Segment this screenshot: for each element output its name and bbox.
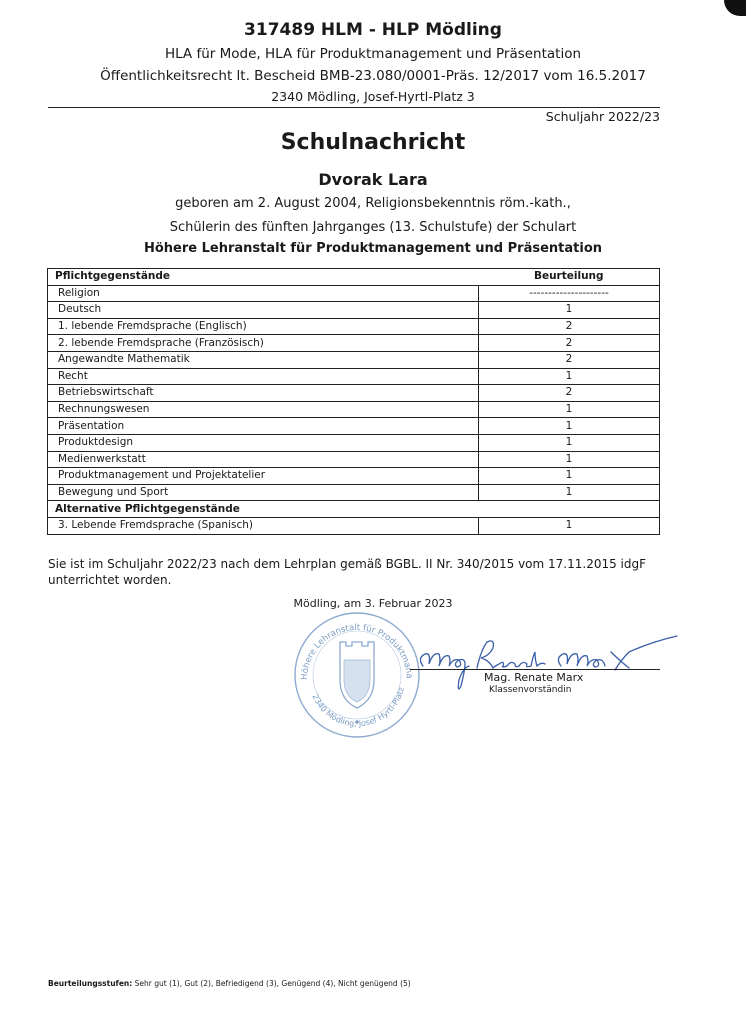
grade-cell: 1 bbox=[479, 484, 660, 501]
school-type: Höhere Lehranstalt für Produktmanagement… bbox=[0, 241, 746, 256]
grading-scale-legend: Beurteilungsstufen: Sehr gut (1), Gut (2… bbox=[48, 979, 411, 988]
subject-cell: Rechnungswesen bbox=[48, 401, 479, 418]
subject-cell: Angewandte Mathematik bbox=[48, 351, 479, 368]
table-row: 2. lebende Fremdsprache (Französisch)2 bbox=[48, 335, 660, 352]
grade-cell: 1 bbox=[479, 418, 660, 435]
student-name: Dvorak Lara bbox=[0, 170, 746, 189]
table-row: Religion--------------------- bbox=[48, 285, 660, 302]
grade-cell: 1 bbox=[479, 401, 660, 418]
subject-cell: Medienwerkstatt bbox=[48, 451, 479, 468]
table-row: Deutsch1 bbox=[48, 302, 660, 319]
subject-cell: Präsentation bbox=[48, 418, 479, 435]
grade-cell: 1 bbox=[479, 451, 660, 468]
table-row: Medienwerkstatt1 bbox=[48, 451, 660, 468]
subject-cell: Religion bbox=[48, 285, 479, 302]
subject-cell: Recht bbox=[48, 368, 479, 385]
subject-cell: Betriebswirtschaft bbox=[48, 385, 479, 402]
table-row: Bewegung und Sport1 bbox=[48, 484, 660, 501]
signer-role: Klassenvorständin bbox=[489, 685, 571, 695]
signature-line bbox=[410, 669, 660, 670]
subject-cell: Deutsch bbox=[48, 302, 479, 319]
class-line: Schülerin des fünften Jahrganges (13. Sc… bbox=[0, 220, 746, 235]
alternative-section-header: Alternative Pflichtgegenstände bbox=[48, 501, 660, 518]
legend-text: Sehr gut (1), Gut (2), Befriedigend (3),… bbox=[132, 979, 410, 988]
signer-name: Mag. Renate Marx bbox=[484, 671, 583, 684]
grade-column-header: Beurteilung bbox=[479, 269, 660, 286]
grades-table: Pflichtgegenstände Beurteilung Religion-… bbox=[47, 268, 660, 535]
grades-body: Religion---------------------Deutsch11. … bbox=[48, 285, 660, 534]
subject-column-header: Pflichtgegenstände bbox=[48, 269, 479, 286]
subject-cell: 1. lebende Fremdsprache (Englisch) bbox=[48, 318, 479, 335]
table-row: Rechnungswesen1 bbox=[48, 401, 660, 418]
place-and-date: Mödling, am 3. Februar 2023 bbox=[0, 597, 746, 610]
school-types: HLA für Mode, HLA für Produktmanagement … bbox=[0, 46, 746, 62]
section-row-alternative: Alternative Pflichtgegenstände bbox=[48, 501, 660, 518]
table-row: Präsentation1 bbox=[48, 418, 660, 435]
subject-cell: Produktdesign bbox=[48, 434, 479, 451]
table-row: Betriebswirtschaft2 bbox=[48, 385, 660, 402]
subject-cell: Bewegung und Sport bbox=[48, 484, 479, 501]
table-row: Angewandte Mathematik2 bbox=[48, 351, 660, 368]
grade-cell: --------------------- bbox=[479, 285, 660, 302]
subject-cell: Produktmanagement und Projektatelier bbox=[48, 468, 479, 485]
subject-cell: 3. Lebende Fremdsprache (Spanisch) bbox=[48, 517, 479, 534]
grade-cell: 2 bbox=[479, 351, 660, 368]
public-status: Öffentlichkeitsrecht lt. Bescheid BMB-23… bbox=[0, 68, 746, 84]
header-divider bbox=[48, 107, 660, 108]
subject-cell: 2. lebende Fremdsprache (Französisch) bbox=[48, 335, 479, 352]
grade-cell: 2 bbox=[479, 318, 660, 335]
curriculum-statement: Sie ist im Schuljahr 2022/23 nach dem Le… bbox=[48, 556, 668, 588]
table-row: Recht1 bbox=[48, 368, 660, 385]
document-title: Schulnachricht bbox=[0, 130, 746, 155]
grade-cell: 2 bbox=[479, 335, 660, 352]
grade-cell: 1 bbox=[479, 368, 660, 385]
grade-cell: 1 bbox=[479, 468, 660, 485]
table-row: Produktdesign1 bbox=[48, 434, 660, 451]
grade-cell: 1 bbox=[479, 517, 660, 534]
legend-label: Beurteilungsstufen: bbox=[48, 979, 132, 988]
scan-corner-artifact bbox=[724, 0, 746, 16]
grade-cell: 1 bbox=[479, 302, 660, 319]
school-address: 2340 Mödling, Josef-Hyrtl-Platz 3 bbox=[0, 89, 746, 104]
table-header-row: Pflichtgegenstände Beurteilung bbox=[48, 269, 660, 286]
table-row: Produktmanagement und Projektatelier1 bbox=[48, 468, 660, 485]
table-row: 1. lebende Fremdsprache (Englisch)2 bbox=[48, 318, 660, 335]
school-year: Schuljahr 2022/23 bbox=[546, 109, 660, 124]
school-name: 317489 HLM - HLP Mödling bbox=[0, 20, 746, 40]
table-row: 3. Lebende Fremdsprache (Spanisch)1 bbox=[48, 517, 660, 534]
grade-cell: 2 bbox=[479, 385, 660, 402]
school-stamp-icon: Höhere Lehranstalt für Produktmanagement… bbox=[292, 610, 422, 740]
grade-cell: 1 bbox=[479, 434, 660, 451]
birth-line: geboren am 2. August 2004, Religionsbeke… bbox=[0, 196, 746, 211]
